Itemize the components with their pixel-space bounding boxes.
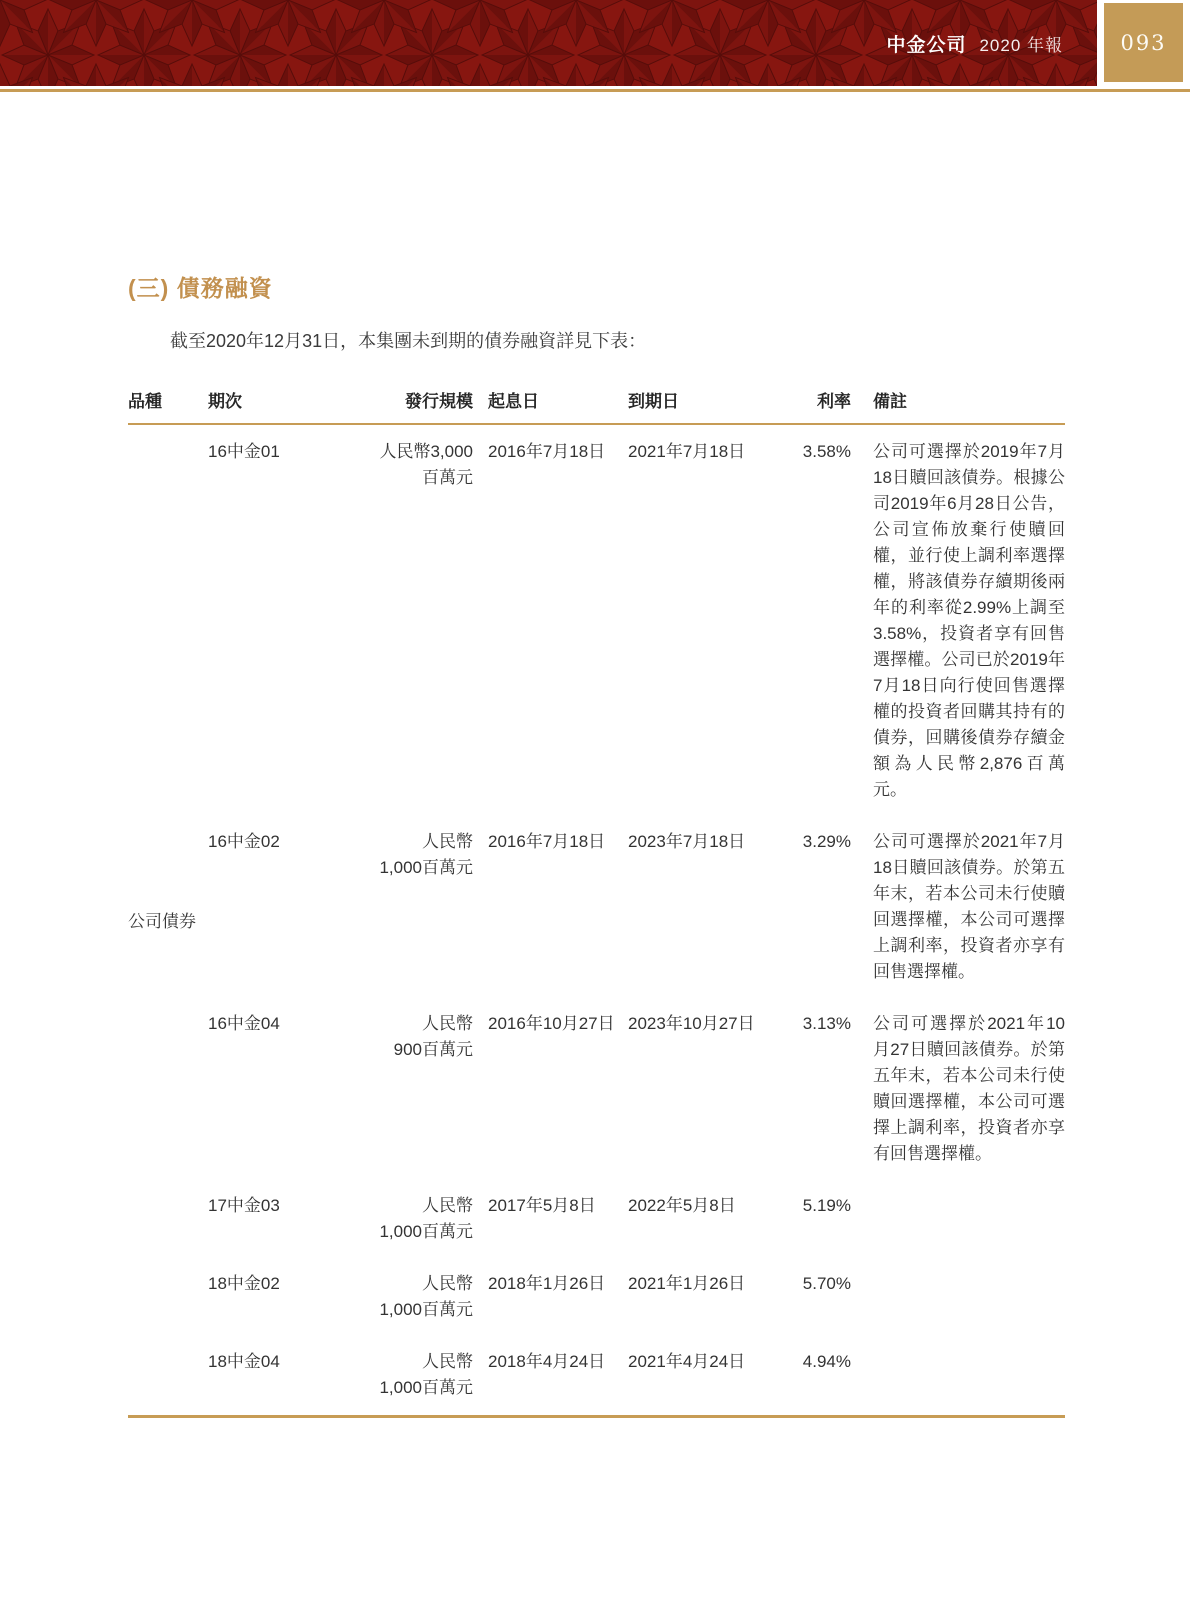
interest-rate: 5.70%	[781, 1271, 851, 1297]
remarks: 公司可選擇於2021年7月18日贖回該債券。於第五年末，若本公司未行使贖回選擇權…	[851, 829, 1065, 985]
maturity-date: 2023年10月27日	[618, 1011, 781, 1037]
col-header-remarks: 備註	[851, 389, 1065, 415]
maturity-date: 2021年7月18日	[618, 439, 781, 465]
issue-scale-line2: 1,000百萬元	[358, 1297, 473, 1323]
col-header-scale: 發行規模	[358, 389, 473, 415]
issue-scale-line1: 人民幣3,000	[358, 439, 473, 465]
issue-scale-line2: 1,000百萬元	[358, 1375, 473, 1401]
col-header-variety: 品種	[128, 389, 208, 415]
issue-scale-line2: 百萬元	[358, 465, 473, 491]
bond-series: 16中金01	[208, 439, 358, 465]
col-header-maturity: 到期日	[618, 389, 781, 415]
value-date: 2018年4月24日	[473, 1349, 618, 1375]
maturity-date: 2023年7月18日	[618, 829, 781, 855]
issue-scale: 人民幣3,000 百萬元	[358, 439, 473, 491]
table-row: 16中金04 人民幣 900百萬元 2016年10月27日 2023年10月27…	[128, 1011, 1065, 1167]
value-date: 2016年10月27日	[473, 1011, 618, 1037]
interest-rate: 3.58%	[781, 439, 851, 465]
section-title: (三) 債務融資	[128, 270, 1065, 303]
banner-title: 中金公司 2020 年報	[886, 0, 1063, 86]
company-name: 中金公司	[886, 30, 966, 57]
bond-series: 17中金03	[208, 1193, 358, 1219]
page-number: 093	[1120, 31, 1166, 55]
table-body: 公司債券 16中金01 人民幣3,000 百萬元 2016年7月18日 2021…	[128, 425, 1065, 1418]
maturity-date: 2021年4月24日	[618, 1349, 781, 1375]
issue-scale-line1: 人民幣	[358, 1193, 473, 1219]
interest-rate: 3.13%	[781, 1011, 851, 1037]
interest-rate: 3.29%	[781, 829, 851, 855]
bond-series: 16中金04	[208, 1011, 358, 1037]
value-date: 2018年1月26日	[473, 1271, 618, 1297]
maturity-date: 2021年1月26日	[618, 1271, 781, 1297]
issue-scale-line2: 1,000百萬元	[358, 855, 473, 881]
issue-scale: 人民幣 1,000百萬元	[358, 1271, 473, 1323]
bond-category-label: 公司債券	[128, 907, 196, 932]
interest-rate: 4.94%	[781, 1349, 851, 1375]
bond-series: 18中金04	[208, 1349, 358, 1375]
value-date: 2016年7月18日	[473, 829, 618, 855]
bond-series: 18中金02	[208, 1271, 358, 1297]
issue-scale: 人民幣 1,000百萬元	[358, 1349, 473, 1401]
table-row: 18中金02 人民幣 1,000百萬元 2018年1月26日 2021年1月26…	[128, 1271, 1065, 1323]
table-row: 16中金01 人民幣3,000 百萬元 2016年7月18日 2021年7月18…	[128, 439, 1065, 803]
value-date: 2016年7月18日	[473, 439, 618, 465]
table-row: 18中金04 人民幣 1,000百萬元 2018年4月24日 2021年4月24…	[128, 1349, 1065, 1401]
issue-scale: 人民幣 1,000百萬元	[358, 829, 473, 881]
page-header-banner: 中金公司 2020 年報	[0, 0, 1097, 86]
header-divider	[0, 89, 1190, 92]
table-row: 17中金03 人民幣 1,000百萬元 2017年5月8日 2022年5月8日 …	[128, 1193, 1065, 1245]
issue-scale: 人民幣 900百萬元	[358, 1011, 473, 1063]
issue-scale-line2: 900百萬元	[358, 1037, 473, 1063]
issue-scale-line1: 人民幣	[358, 1349, 473, 1375]
interest-rate: 5.19%	[781, 1193, 851, 1219]
issue-scale-line1: 人民幣	[358, 829, 473, 855]
remarks: 公司可選擇於2019年7月18日贖回該債券。根據公司2019年6月28日公告，公…	[851, 439, 1065, 803]
intro-text: 截至2020年12月31日，本集團未到期的債券融資詳見下表：	[128, 327, 1065, 353]
main-content: (三) 債務融資 截至2020年12月31日，本集團未到期的債券融資詳見下表： …	[128, 270, 1065, 1418]
issue-scale-line1: 人民幣	[358, 1271, 473, 1297]
col-header-value-date: 起息日	[473, 389, 618, 415]
maturity-date: 2022年5月8日	[618, 1193, 781, 1219]
page-number-badge: 093	[1104, 3, 1183, 82]
issue-scale-line1: 人民幣	[358, 1011, 473, 1037]
issue-scale: 人民幣 1,000百萬元	[358, 1193, 473, 1245]
table-row: 16中金02 人民幣 1,000百萬元 2016年7月18日 2023年7月18…	[128, 829, 1065, 985]
bond-series: 16中金02	[208, 829, 358, 855]
value-date: 2017年5月8日	[473, 1193, 618, 1219]
remarks: 公司可選擇於2021年10月27日贖回該債券。於第五年末，若本公司未行使贖回選擇…	[851, 1011, 1065, 1167]
col-header-rate: 利率	[781, 389, 851, 415]
report-year: 2020 年報	[979, 31, 1063, 56]
col-header-series: 期次	[208, 389, 358, 415]
table-header-row: 品種 期次 發行規模 起息日 到期日 利率 備註	[128, 389, 1065, 425]
bond-financing-table: 品種 期次 發行規模 起息日 到期日 利率 備註 公司債券 16中金01 人民幣…	[128, 389, 1065, 1418]
issue-scale-line2: 1,000百萬元	[358, 1219, 473, 1245]
report-page: 中金公司 2020 年報 093 (三) 債務融資 截至2020年12月31日，…	[0, 0, 1190, 1615]
